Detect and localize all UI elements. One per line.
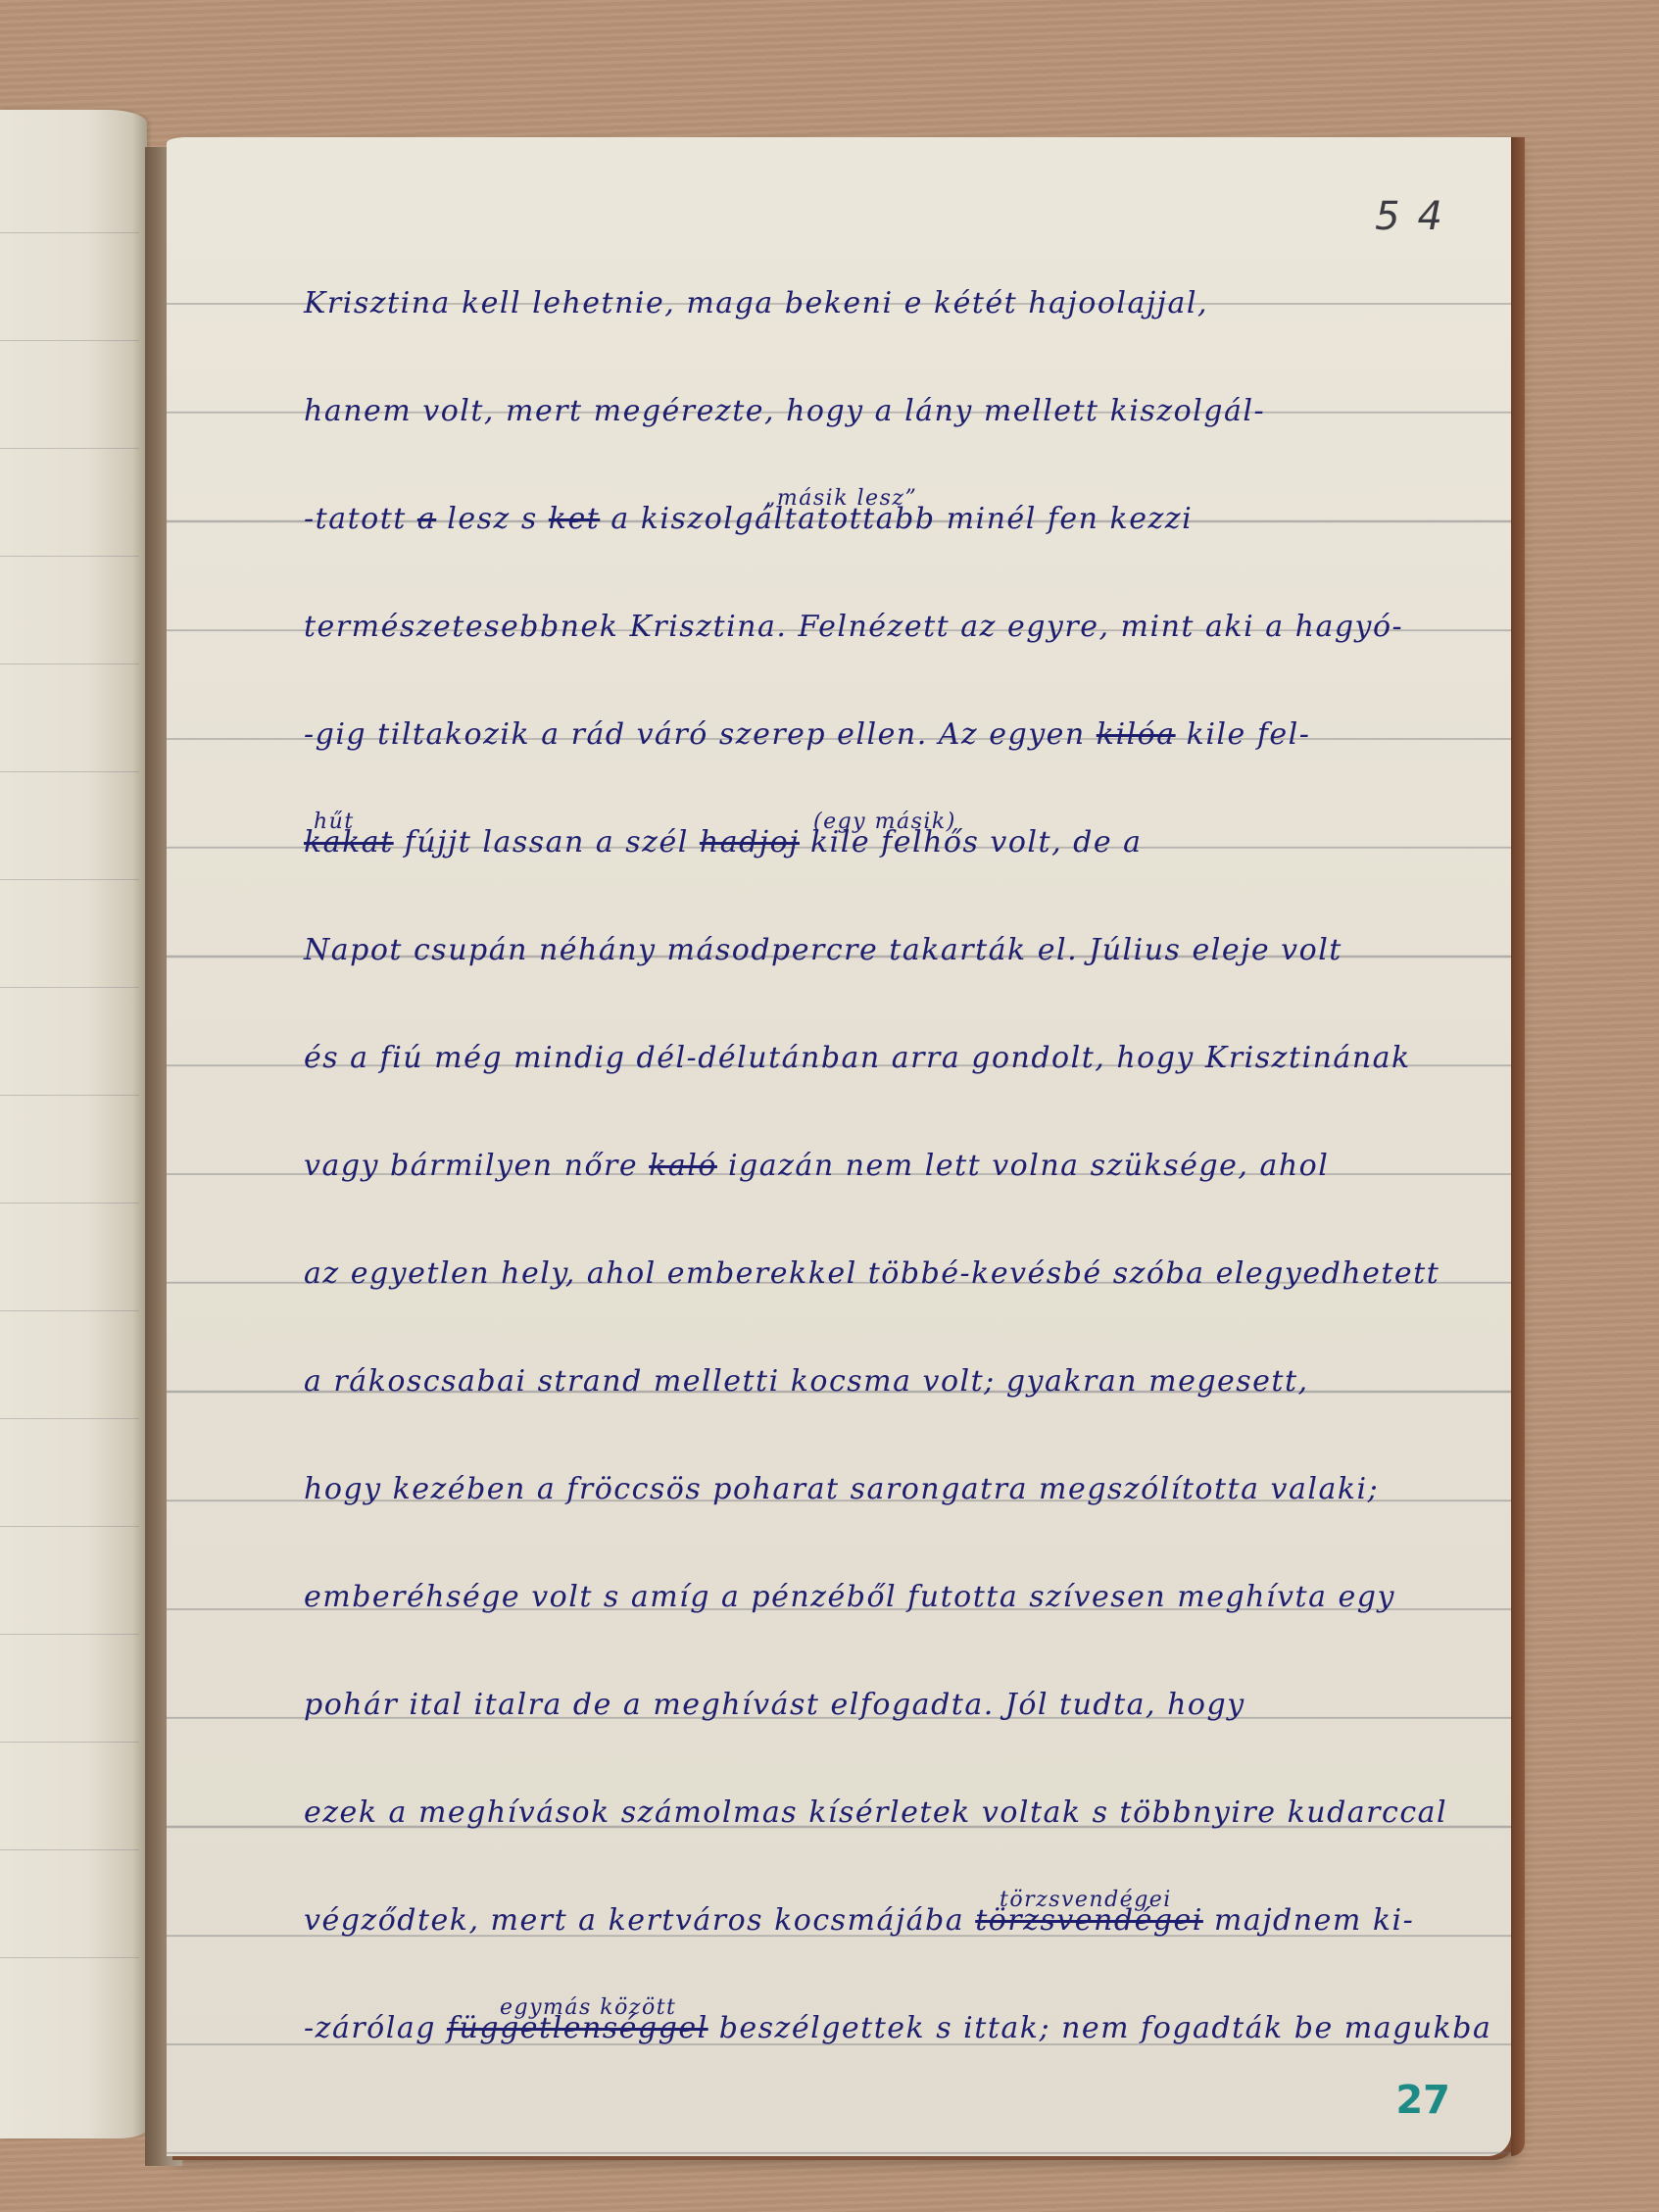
ruled-line	[0, 1526, 139, 1527]
line-text: -tatott	[304, 502, 417, 536]
line-text: igazán nem lett volna szüksége, ahol	[717, 1149, 1329, 1183]
ruled-line	[0, 987, 139, 988]
ruled-line	[0, 1634, 139, 1635]
line-text: majdnem ki-	[1203, 1903, 1414, 1938]
manuscript-line-17: egymás között -zárólag függetlenséggel b…	[304, 1975, 1480, 2083]
ruled-line	[0, 232, 139, 233]
struck-word: hadjoj	[700, 825, 800, 860]
line-text: fújjt lassan a szél	[394, 825, 700, 860]
struck-word: kaló	[649, 1149, 717, 1183]
manuscript-line-6: hűt (egy másik) kakat fújjt lassan a szé…	[304, 789, 1480, 897]
manuscript-line-16: törzsvendégei végződtek, mert a kertváro…	[304, 1867, 1480, 1975]
ruled-line	[0, 448, 139, 449]
previous-page	[0, 110, 147, 2138]
manuscript-page: 54 Krisztina kell lehetnie, maga bekeni …	[167, 137, 1511, 2156]
manuscript-line-10: az egyetlen hely, ahol emberekkel többé-…	[304, 1220, 1480, 1328]
interlinear-insertion: törzsvendégei	[1000, 1889, 1172, 1912]
interlinear-insertion: (egy másik)	[813, 811, 956, 834]
ruled-line	[0, 1095, 139, 1096]
ruled-line	[0, 340, 139, 341]
line-text: természetesebbnek Krisztina. Felnézett a…	[304, 610, 1403, 644]
manuscript-line-15: ezek a meghívások számolmas kísérletek v…	[304, 1759, 1480, 1867]
manuscript-line-13: emberéhsége volt s amíg a pénzéből futot…	[304, 1544, 1480, 1651]
interlinear-insertion: egymás között	[500, 1996, 676, 2020]
line-text: végződtek, mert a kertváros kocsmájába	[304, 1903, 975, 1938]
ruled-line	[0, 1957, 139, 1958]
manuscript-line-9: vagy bármilyen nőre kaló igazán nem lett…	[304, 1112, 1480, 1220]
line-text: és a fiú még mindig dél-délutánban arra …	[304, 1041, 1411, 1075]
page-number-bottom: 27	[1395, 2078, 1450, 2123]
line-text: hogy kezében a fröccsös poharat sarongat…	[304, 1472, 1379, 1506]
struck-word: kilóa	[1097, 717, 1176, 752]
line-text: emberéhsége volt s amíg a pénzéből futot…	[304, 1580, 1395, 1614]
ruled-line	[0, 556, 139, 557]
ruled-line	[0, 1310, 139, 1311]
manuscript-line-11: a rákoscsabai strand melletti kocsma vol…	[304, 1328, 1480, 1436]
line-text: kile fel-	[1176, 717, 1311, 752]
line-text: hanem volt, mert megérezte, hogy a lány …	[304, 394, 1265, 428]
line-text: ezek a meghívások számolmas kísérletek v…	[304, 1795, 1447, 1830]
ruled-line	[0, 1742, 139, 1743]
line-text: Krisztina kell lehetnie, maga bekeni e k…	[304, 286, 1208, 320]
ruled-line	[0, 879, 139, 880]
manuscript-line-8: és a fiú még mindig dél-délutánban arra …	[304, 1005, 1480, 1112]
manuscript-line-5: -gig tiltakozik a rád váró szerep ellen.…	[304, 681, 1480, 789]
manuscript-line-3: „másik lesz” -tatott a lesz s ket a kisz…	[304, 466, 1480, 573]
struck-word: a	[417, 502, 436, 536]
line-text: lesz s	[436, 502, 549, 536]
manuscript-line-12: hogy kezében a fröccsös poharat sarongat…	[304, 1436, 1480, 1544]
line-text: a rákoscsabai strand melletti kocsma vol…	[304, 1364, 1309, 1399]
ruled-line	[0, 1849, 139, 1850]
struck-word: ket	[549, 502, 601, 536]
line-text: az egyetlen hely, ahol emberekkel többé-…	[304, 1256, 1439, 1291]
ruled-line	[0, 664, 139, 664]
manuscript-line-14: pohár ital italra de a meghívást elfogad…	[304, 1651, 1480, 1759]
interlinear-insertion: „másik lesz”	[764, 487, 917, 511]
interlinear-insertion: hűt	[314, 811, 355, 834]
line-text: beszélgettek s ittak; nem fogadták be ma…	[708, 2011, 1492, 2045]
manuscript-line-4: természetesebbnek Krisztina. Felnézett a…	[304, 573, 1480, 681]
manuscript-line-7: Napot csupán néhány másodpercre takarták…	[304, 897, 1480, 1005]
ruled-line	[0, 1418, 139, 1419]
line-text: pohár ital italra de a meghívást elfogad…	[304, 1688, 1245, 1722]
line-text: -zárólag	[304, 2011, 447, 2045]
line-text: -gig tiltakozik a rád váró szerep ellen.…	[304, 717, 1097, 752]
manuscript-text: Krisztina kell lehetnie, maga bekeni e k…	[304, 250, 1480, 2083]
line-text: vagy bármilyen nőre	[304, 1149, 649, 1183]
ruled-line	[0, 771, 139, 772]
page-number-top: 54	[1375, 194, 1460, 239]
ruled-line	[0, 1203, 139, 1204]
line-text: Napot csupán néhány másodpercre takarták…	[304, 933, 1342, 967]
manuscript-line-1: Krisztina kell lehetnie, maga bekeni e k…	[304, 250, 1480, 358]
manuscript-line-2: hanem volt, mert megérezte, hogy a lány …	[304, 358, 1480, 466]
